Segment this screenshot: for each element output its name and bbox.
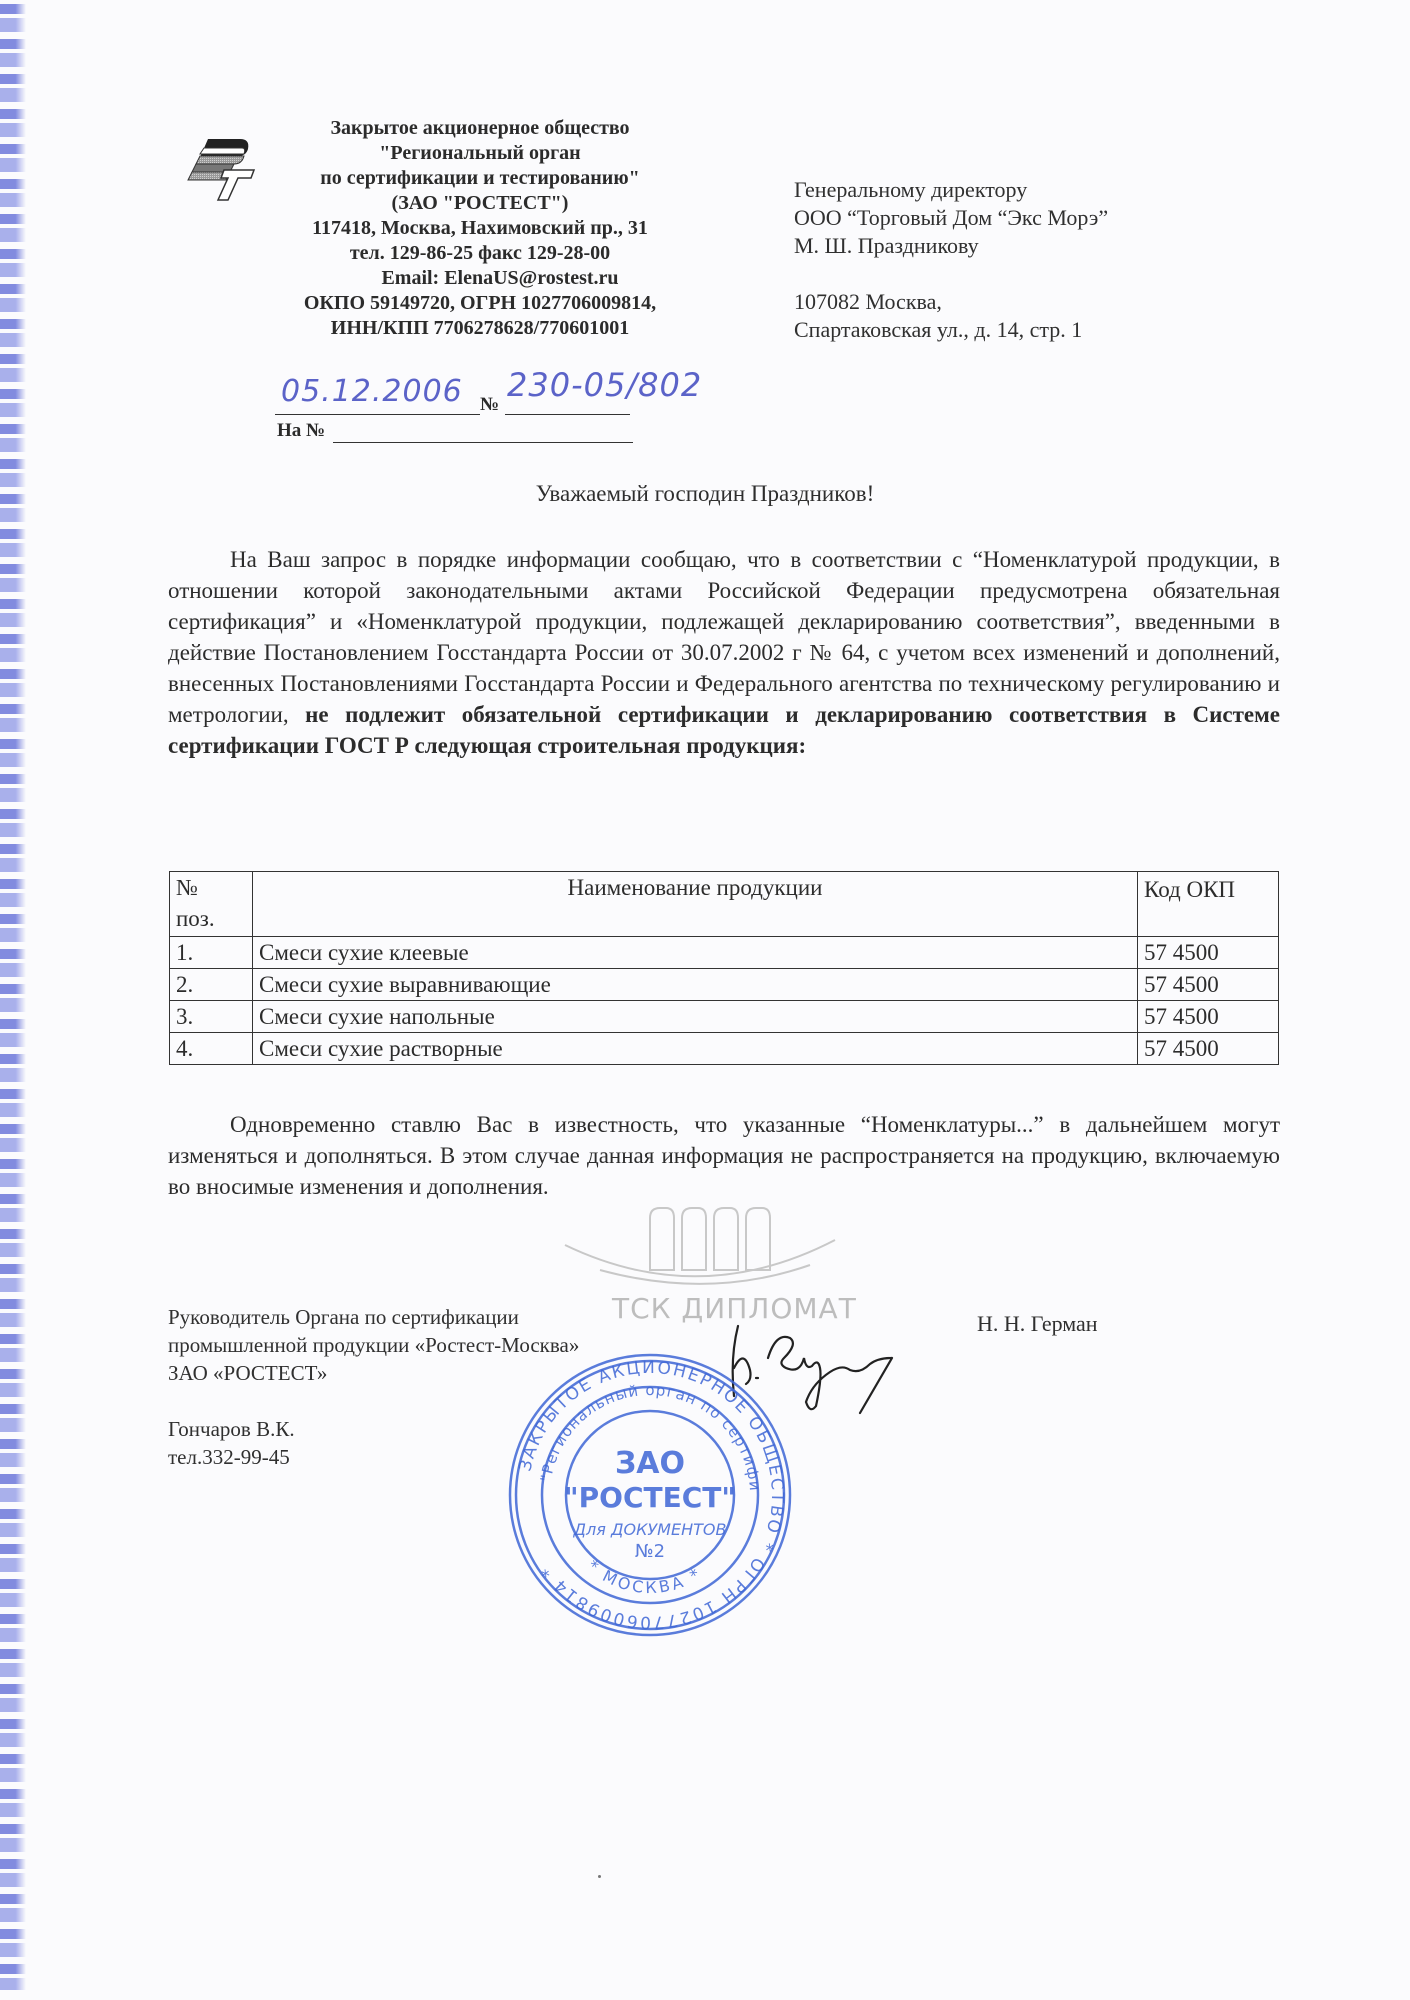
rostest-logo-icon	[186, 134, 256, 204]
header-okp-code: Код ОКП	[1138, 872, 1279, 937]
row-product-name: Смеси сухие выравнивающие	[253, 969, 1138, 1001]
sender-org-name: "Региональный орган	[250, 141, 710, 166]
row-okp-code: 57 4500	[1138, 969, 1279, 1001]
recipient-company: ООО “Торговый Дом “Экс Морэ”	[794, 204, 1108, 232]
row-number: 1.	[170, 937, 253, 969]
body-paragraph-1-bold: не подлежит обязательной сертификации и …	[168, 702, 1280, 758]
sender-email: Email: ElenaUS@rostest.ru	[250, 266, 710, 291]
official-stamp: ЗАКРЫТОЕ АКЦИОНЕРНОЕ ОБЩЕСТВО * ОГРН 102…	[500, 1345, 800, 1645]
table-row: 2. Смеси сухие выравнивающие 57 4500	[170, 969, 1279, 1001]
table-row: 3. Смеси сухие напольные 57 4500	[170, 1001, 1279, 1033]
svg-text:"РОСТЕСТ": "РОСТЕСТ"	[564, 1481, 736, 1514]
salutation: Уважаемый господин Праздников!	[0, 481, 1410, 507]
number-underline	[505, 414, 630, 415]
sender-address: 117418, Москва, Нахимовский пр., 31	[250, 216, 710, 241]
sender-org-name-cont: по сертификации и тестированию"	[250, 166, 710, 191]
row-okp-code: 57 4500	[1138, 1001, 1279, 1033]
products-table: № поз. Наименование продукции Код ОКП 1.…	[169, 871, 1279, 1065]
svg-text:ЗАО: ЗАО	[615, 1446, 685, 1481]
stamp-seal-icon: ЗАКРЫТОЕ АКЦИОНЕРНОЕ ОБЩЕСТВО * ОГРН 102…	[500, 1345, 800, 1645]
row-product-name: Смеси сухие растворные	[253, 1033, 1138, 1065]
sender-short-name: (ЗАО "РОСТЕСТ")	[250, 191, 710, 216]
header-product-name: Наименование продукции	[253, 872, 1138, 937]
number-label: №	[480, 394, 499, 416]
watermark-logo-icon	[560, 1200, 840, 1290]
recipient-block: Генеральному директору ООО “Торговый Дом…	[794, 176, 1108, 344]
sender-phone-fax: тел. 129-86-25 факс 129-28-00	[250, 241, 710, 266]
body-paragraph-1: На Ваш запрос в порядке информации сообщ…	[168, 544, 1280, 761]
row-product-name: Смеси сухие клеевые	[253, 937, 1138, 969]
svg-text:Для ДОКУМЕНТОВ: Для ДОКУМЕНТОВ	[573, 1520, 727, 1539]
recipient-title: Генеральному директору	[794, 176, 1108, 204]
svg-text:№2: №2	[635, 1541, 665, 1562]
row-number: 4.	[170, 1033, 253, 1065]
table-row: 4. Смеси сухие растворные 57 4500	[170, 1033, 1279, 1065]
row-number: 3.	[170, 1001, 253, 1033]
sender-org-type: Закрытое акционерное общество	[250, 116, 710, 141]
recipient-name: М. Ш. Праздникову	[794, 232, 1108, 260]
body-paragraph-2-text: Одновременно ставлю Вас в известность, ч…	[168, 1112, 1280, 1199]
signer-position-line1: Руководитель Органа по сертификации	[168, 1303, 579, 1331]
sender-okpo-ogrn: ОКПО 59149720, ОГРН 1027706009814,	[250, 291, 710, 316]
row-number: 2.	[170, 969, 253, 1001]
recipient-street: Спартаковская ул., д. 14, стр. 1	[794, 316, 1108, 344]
row-okp-code: 57 4500	[1138, 937, 1279, 969]
sender-letterhead: Закрытое акционерное общество "Региональ…	[250, 116, 710, 341]
letter-page: Закрытое акционерное общество "Региональ…	[0, 0, 1410, 2000]
registration-block: 05.12.2006 № 230-05/802 На №	[275, 380, 675, 450]
handwritten-number: 230-05/802	[507, 366, 702, 404]
sender-inn-kpp: ИНН/КПП 7706278628/770601001	[250, 316, 710, 341]
table-header-row: № поз. Наименование продукции Код ОКП	[170, 872, 1279, 937]
header-position-number: № поз.	[170, 872, 253, 937]
body-paragraph-2: Одновременно ставлю Вас в известность, ч…	[168, 1109, 1280, 1202]
table-row: 1. Смеси сухие клеевые 57 4500	[170, 937, 1279, 969]
body-paragraph-1-text: На Ваш запрос в порядке информации сообщ…	[168, 547, 1280, 727]
handwritten-date: 05.12.2006	[281, 374, 463, 409]
recipient-city: 107082 Москва,	[794, 288, 1108, 316]
signer-name: Н. Н. Герман	[977, 1311, 1098, 1337]
scan-dot	[598, 1875, 601, 1878]
date-underline	[275, 414, 480, 415]
reply-number-underline	[333, 442, 633, 443]
perforated-border-strip	[0, 0, 26, 1990]
row-product-name: Смеси сухие напольные	[253, 1001, 1138, 1033]
row-okp-code: 57 4500	[1138, 1033, 1279, 1065]
reply-number-label: На №	[277, 420, 325, 442]
